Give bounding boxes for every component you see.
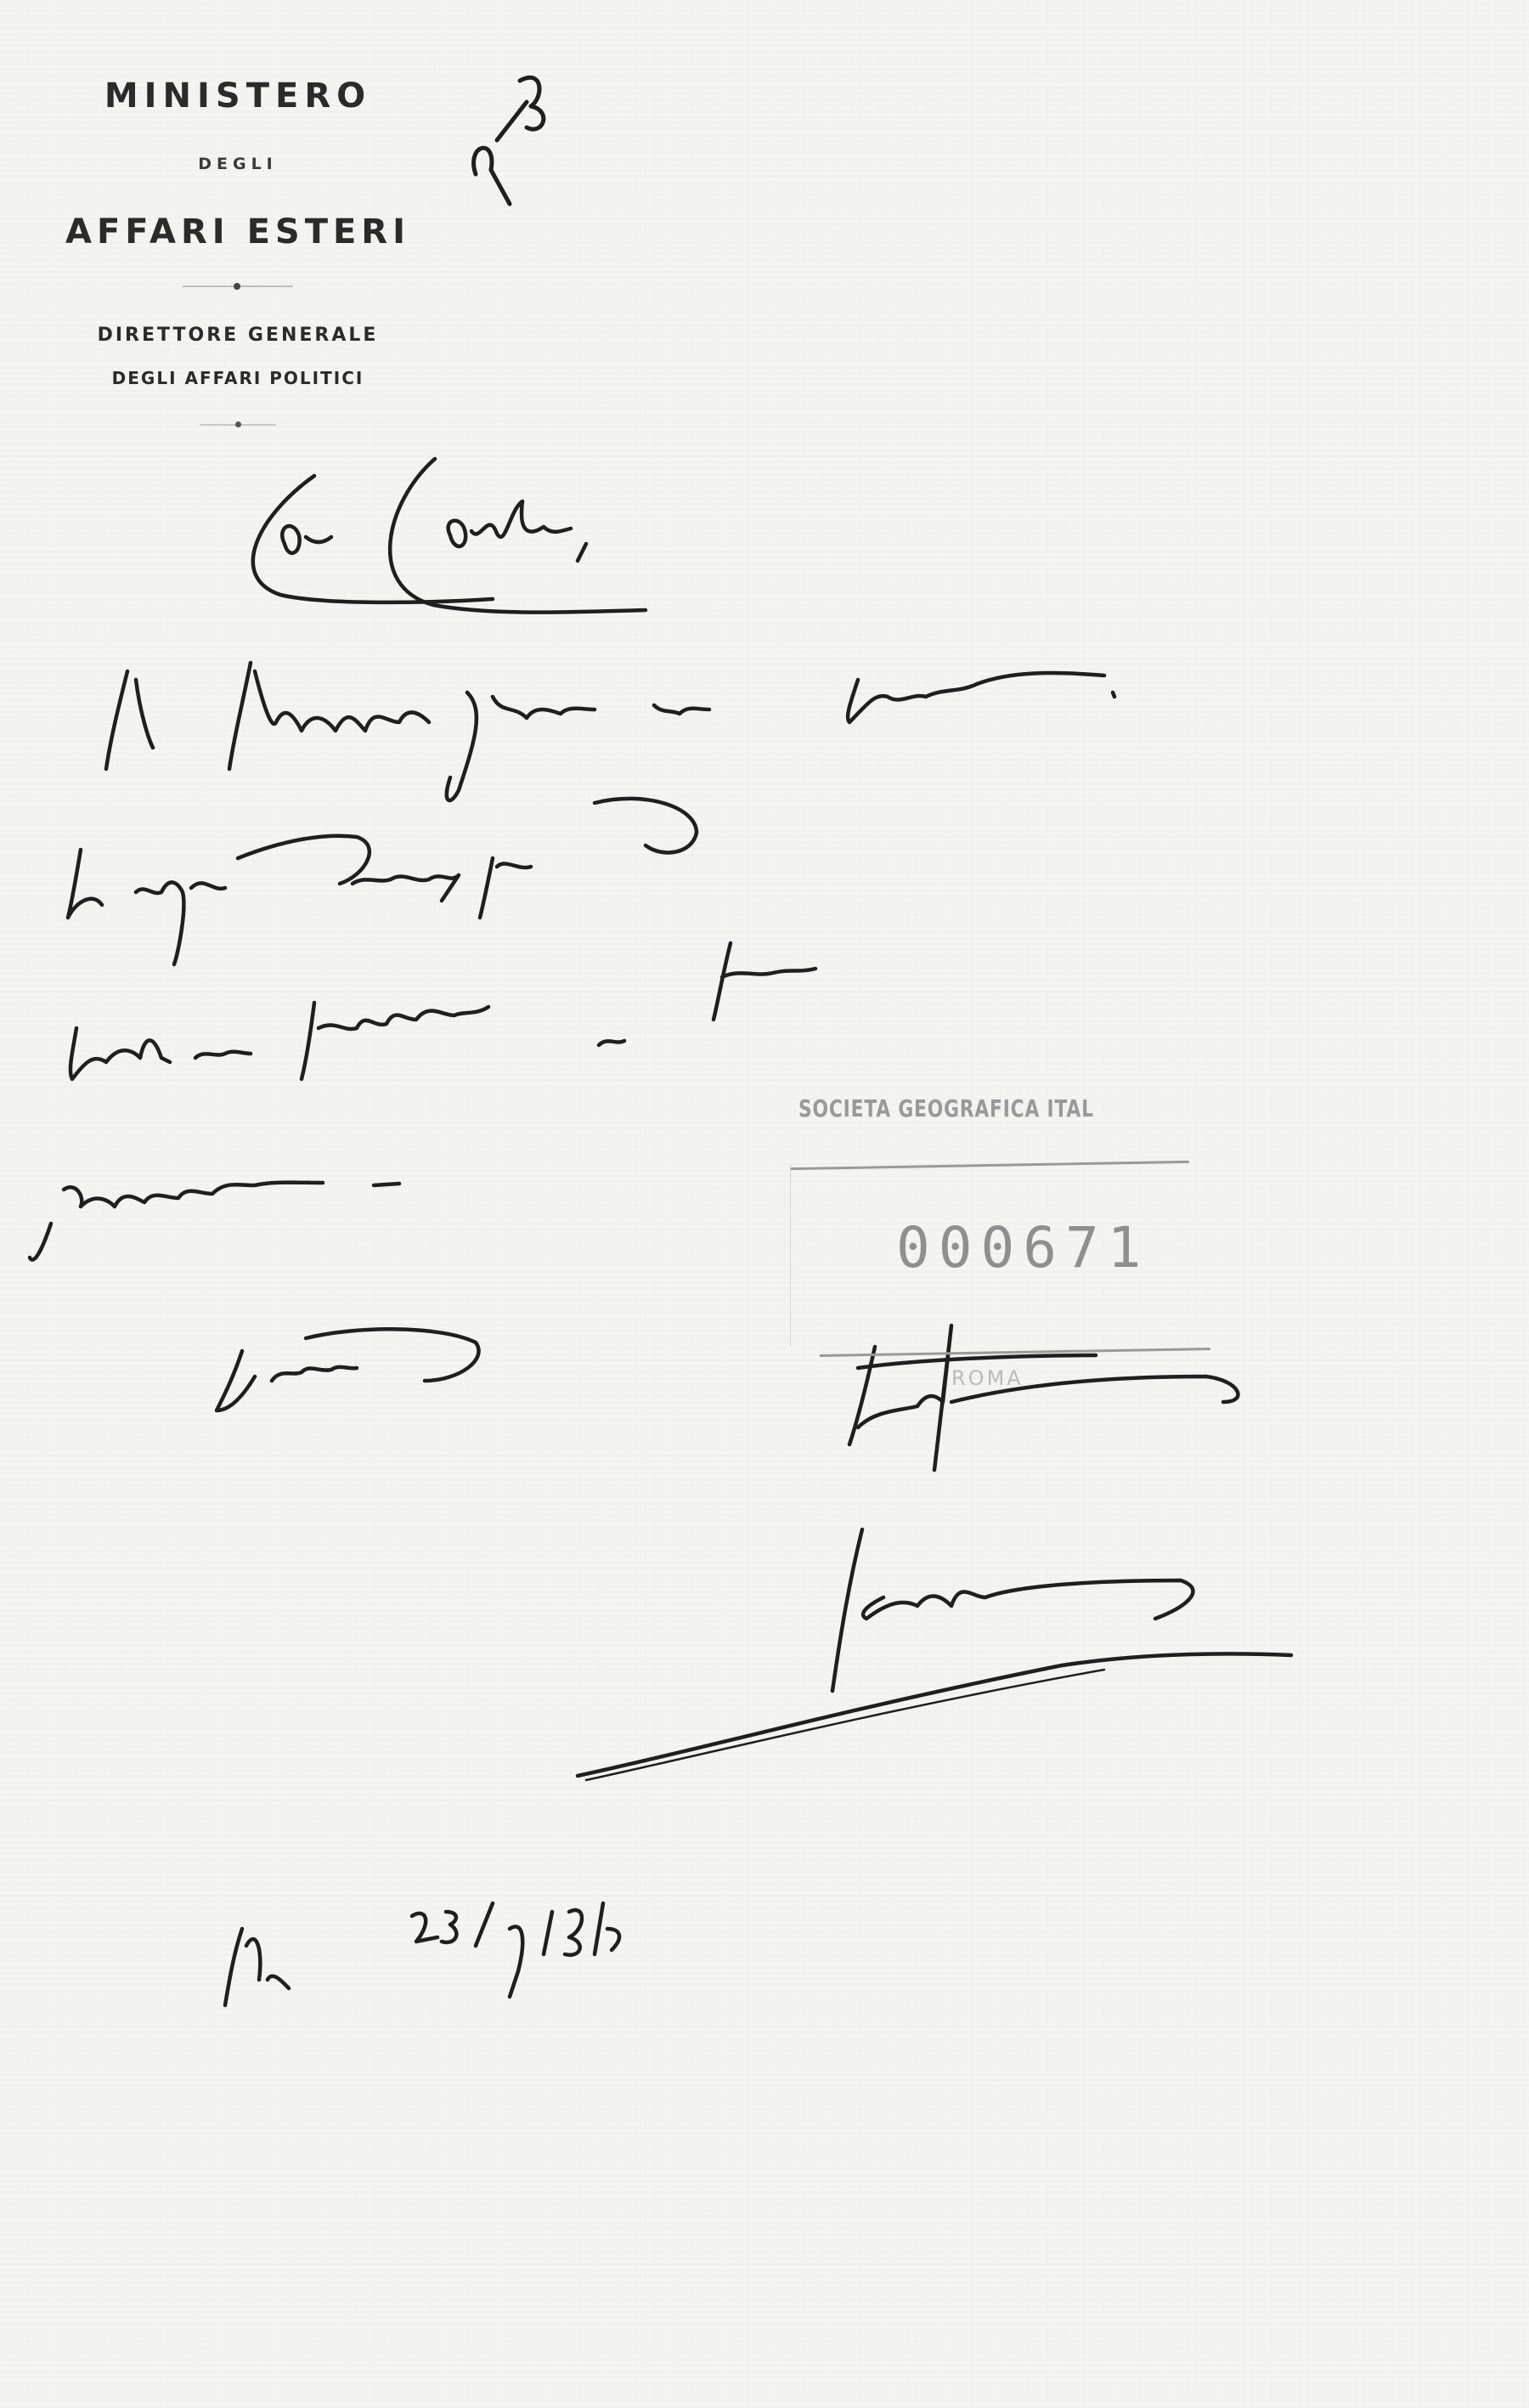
stamp-footer: ROMA <box>951 1366 1024 1390</box>
stamp-rule <box>790 1161 1189 1170</box>
body-line-1-strokes <box>106 663 1114 800</box>
body-line-3-strokes <box>71 943 815 1079</box>
date-strokes <box>225 1903 619 2005</box>
handwriting-ink <box>0 0 1529 2408</box>
stamp-header: SOCIETA GEOGRAFICA ITAL <box>798 1094 1094 1122</box>
archive-stamp: SOCIETA GEOGRAFICA ITAL 000671 ROMA <box>781 1079 1257 1342</box>
signature-strokes <box>578 1326 1291 1780</box>
body-line-2-strokes <box>68 799 697 964</box>
stamp-frame <box>790 1164 791 1347</box>
stamp-inventory-number: 000671 <box>896 1215 1149 1280</box>
salutation-strokes <box>253 459 646 613</box>
annotation-number-strokes <box>474 77 544 204</box>
body-line-4-strokes <box>30 1183 399 1260</box>
closing-strokes <box>217 1329 479 1410</box>
